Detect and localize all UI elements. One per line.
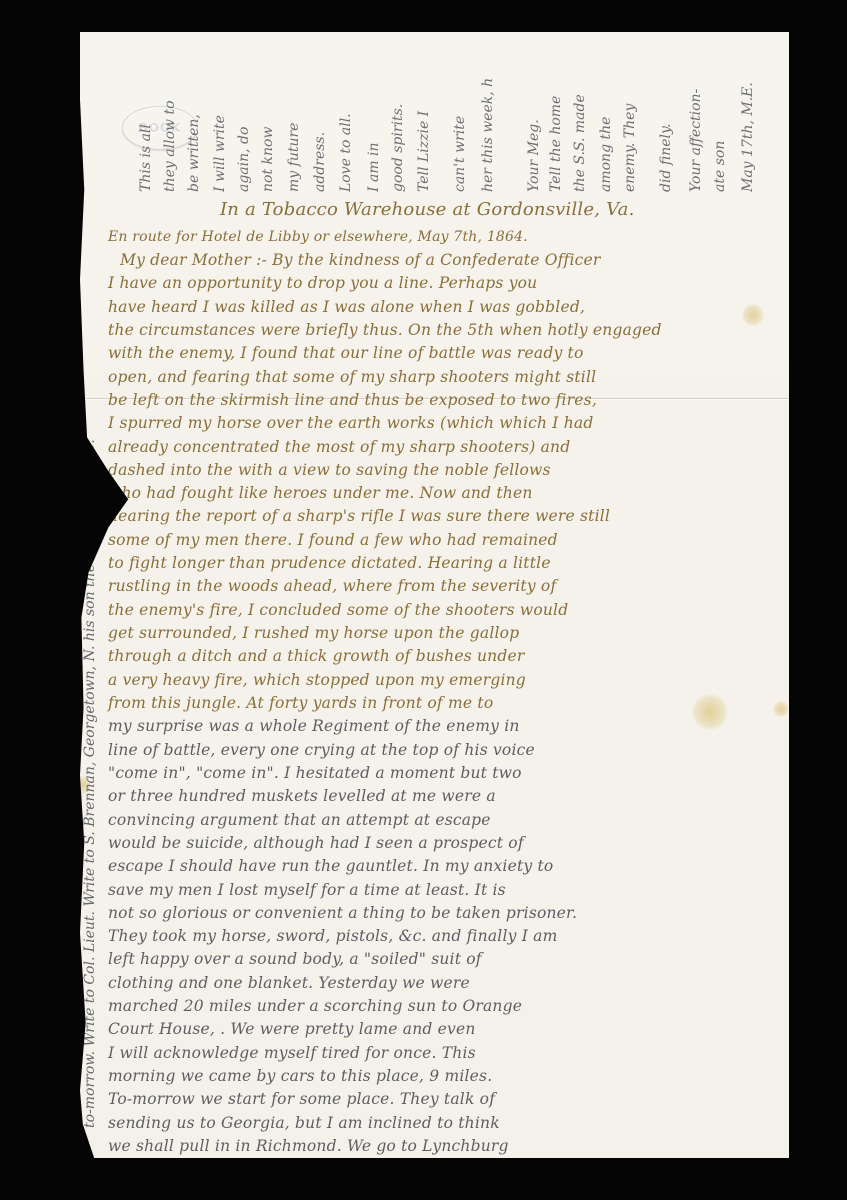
letter-line: clothing and one blanket. Yesterday we w… [108, 973, 778, 993]
margin-note: be written, [186, 32, 202, 192]
margin-note: my future [286, 32, 302, 192]
letter-line: would be suicide, although had I seen a … [108, 833, 778, 853]
letter-line: a very heavy fire, which stopped upon my… [108, 670, 778, 690]
margin-note: Tell Lizzie I [416, 32, 432, 192]
letter-line: my surprise was a whole Regiment of the … [108, 716, 778, 736]
margin-note: Love to all. [338, 32, 354, 192]
margin-note: Your Meg. [526, 32, 542, 192]
letter-line: from this jungle. At forty yards in fron… [108, 693, 778, 713]
letter-line: save my men I lost myself for a time at … [108, 880, 778, 900]
letter-line: I will acknowledge myself tired for once… [108, 1043, 778, 1063]
letter-line: I spurred my horse over the earth works … [108, 413, 778, 433]
margin-note: not know [260, 32, 276, 192]
letter-subheading: En route for Hotel de Libby or elsewhere… [108, 227, 778, 247]
margin-note: I will write [212, 32, 228, 192]
letter-line: not so glorious or convenient a thing to… [108, 903, 778, 923]
letter-line: sending us to Georgia, but I am inclined… [108, 1113, 778, 1133]
letter-line: marched 20 miles under a scorching sun t… [108, 996, 778, 1016]
letter-line: rustling in the woods ahead, where from … [108, 576, 778, 596]
letter-line: My dear Mother :- By the kindness of a C… [120, 250, 790, 270]
letter-line: escape I should have run the gauntlet. I… [108, 856, 778, 876]
margin-note: address. [312, 32, 328, 192]
letter-line: I have an opportunity to drop you a line… [108, 273, 778, 293]
letter-line: line of battle, every one crying at the … [108, 740, 778, 760]
letter-line: or three hundred muskets levelled at me … [108, 786, 778, 806]
margin-note: enemy. They [622, 32, 638, 192]
letter-line: hearing the report of a sharp's rifle I … [108, 506, 778, 526]
letter-line: To-morrow we start for some place. They … [108, 1089, 778, 1109]
letter-line: the circumstances were briefly thus. On … [108, 320, 778, 340]
margin-note: May 17th, M.E. [740, 32, 756, 192]
letter-line: who had fought like heroes under me. Now… [108, 483, 778, 503]
margin-note: I am in [366, 32, 382, 192]
letter-line: with the enemy, I found that our line of… [108, 343, 778, 363]
left-margin-note: to-morrow. Write to Col. Lieut. Write to… [82, 88, 98, 1128]
letter-line: the enemy's fire, I concluded some of th… [108, 600, 778, 620]
margin-note: Your affection- [688, 32, 704, 192]
letter-line: Court House, . We were pretty lame and e… [108, 1019, 778, 1039]
letter-line: open, and fearing that some of my sharp … [108, 367, 778, 387]
margin-note: among the [598, 32, 614, 192]
letter-line: "come in", "come in". I hesitated a mome… [108, 763, 778, 783]
margin-note: This is all [138, 32, 154, 192]
margin-note: they allow to [162, 32, 178, 192]
letter-line: some of my men there. I found a few who … [108, 530, 778, 550]
letter-line: have heard I was killed as I was alone w… [108, 297, 778, 317]
letter-line: get surrounded, I rushed my horse upon t… [108, 623, 778, 643]
letter-line: convincing argument that an attempt at e… [108, 810, 778, 830]
letter-line: through a ditch and a thick growth of bu… [108, 646, 778, 666]
letter-line: dashed into the with a view to saving th… [108, 460, 778, 480]
letter-line: morning we came by cars to this place, 9… [108, 1066, 778, 1086]
letter-line: left happy over a sound body, a "soiled"… [108, 949, 778, 969]
margin-note: ate son [712, 32, 728, 192]
letter-page: BOOK This is all they allow to be writte… [80, 32, 789, 1158]
margin-note: the S.S. made [572, 32, 588, 192]
margin-note: good spirits. [390, 32, 406, 192]
letter-line: already concentrated the most of my shar… [108, 437, 778, 457]
margin-note: her this week, h [480, 32, 496, 192]
margin-note: again, do [236, 32, 252, 192]
margin-note: Tell the home [548, 32, 564, 192]
letter-line: be left on the skirmish line and thus be… [108, 390, 778, 410]
letter-heading: In a Tobacco Warehouse at Gordonsville, … [220, 200, 847, 220]
letter-line: to fight longer than prudence dictated. … [108, 553, 778, 573]
margin-note: did finely. [658, 32, 674, 192]
letter-line: we shall pull in in Richmond. We go to L… [108, 1136, 778, 1156]
margin-note: can't write [452, 32, 468, 192]
letter-line: They took my horse, sword, pistols, &c. … [108, 926, 778, 946]
